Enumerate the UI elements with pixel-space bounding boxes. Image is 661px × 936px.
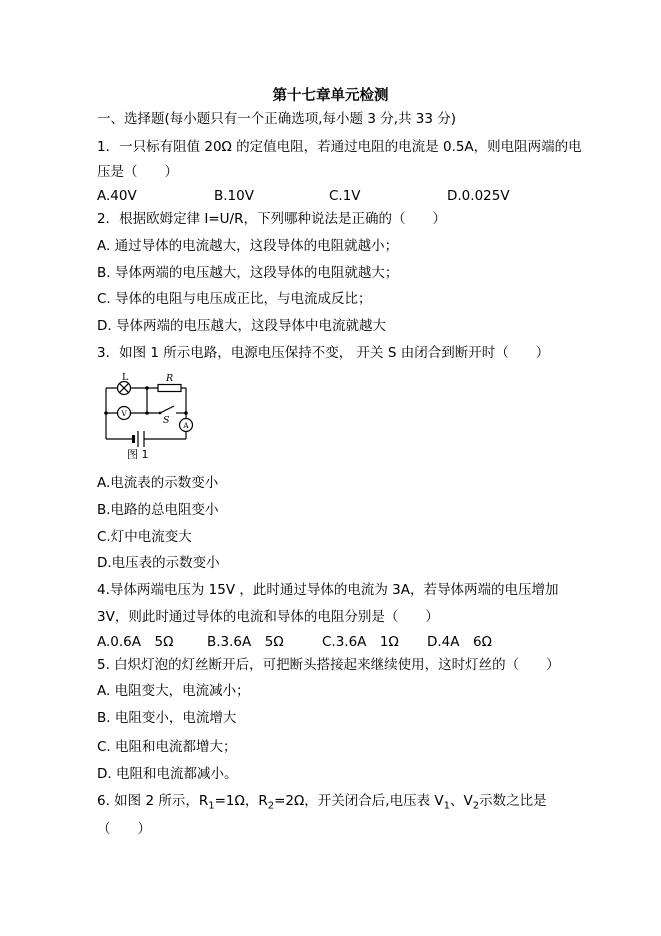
figure-caption: 图 1 bbox=[127, 448, 149, 461]
ammeter-label: A bbox=[182, 421, 189, 430]
q3-option-c: C.灯中电流变大 bbox=[97, 529, 192, 546]
q2-stem: 2．根据欧姆定律 I=U/R，下列哪种说法是正确的（ ） bbox=[97, 211, 446, 228]
q4-option-b: B.3.6A 5Ω bbox=[207, 634, 322, 651]
q3-stem: 3．如图 1 所示电路，电源电压保持不变， 开关 S 由闭合到断开时（ ） bbox=[97, 345, 549, 362]
q4-stem-line2: 3V，则此时通过导体的电流和导体的电阻分别是（ ） bbox=[97, 609, 439, 626]
q6-stem-line2: （ ） bbox=[97, 821, 151, 838]
q5-option-c: C. 电阻和电流都增大； bbox=[97, 739, 237, 756]
q1-stem-line2: 压是（ ） bbox=[97, 164, 178, 181]
q5-option-a: A. 电阻变大，电流减小； bbox=[97, 683, 250, 700]
resistor-icon bbox=[158, 385, 181, 392]
resistor-label: R bbox=[165, 373, 173, 384]
q5-option-d: D. 电阻和电流都减小。 bbox=[97, 766, 237, 783]
switch-icon bbox=[160, 406, 174, 413]
q1-stem-line1: 1．一只标有阻值 20Ω 的定值电阻，若通过电阻的电流是 0.5A，则电阻两端的… bbox=[97, 139, 582, 156]
q4-option-a: A.0.6A 5Ω bbox=[97, 634, 207, 651]
q4-option-c: C.3.6A 1Ω bbox=[322, 634, 427, 651]
switch-label: S bbox=[163, 415, 170, 426]
q1-options-row: A.40V B.10V C.1V D.0.025V bbox=[97, 188, 510, 205]
q1-option-a: A.40V bbox=[97, 188, 214, 205]
page-title: 第十七章单元检测 bbox=[0, 84, 661, 105]
q1-option-c: C.1V bbox=[329, 188, 447, 205]
test-paper-page: 第十七章单元检测 一、选择题(每小题只有一个正确选项,每小题 3 分,共 33 … bbox=[0, 0, 661, 936]
q3-option-d: D.电压表的示数变小 bbox=[97, 555, 220, 572]
q6-stem-line1: 6. 如图 2 所示，R1=1Ω，R2=2Ω，开关闭合后,电压表 V1、V2示数… bbox=[97, 793, 547, 810]
q2-option-b: B. 导体两端的电压越大，这段导体的电阻就越大； bbox=[97, 265, 398, 282]
q3-option-b: B.电路的总电阻变小 bbox=[97, 502, 219, 519]
lamp-label: L bbox=[122, 372, 129, 383]
q1-option-b: B.10V bbox=[214, 188, 329, 205]
section-header: 一、选择题(每小题只有一个正确选项,每小题 3 分,共 33 分) bbox=[97, 111, 456, 128]
q5-option-b: B. 电阻变小，电流增大 bbox=[97, 710, 236, 727]
q1-option-d: D.0.025V bbox=[447, 188, 510, 205]
q5-stem: 5. 白炽灯泡的灯丝断开后，可把断头搭接起来继续使用，这时灯丝的（ ） bbox=[97, 657, 560, 674]
q2-option-a: A. 通过导体的电流越大，这段导体的电阻就越小； bbox=[97, 238, 398, 255]
voltmeter-label: V bbox=[120, 409, 127, 418]
q4-option-d: D.4A 6Ω bbox=[427, 634, 492, 651]
q3-option-a: A.电流表的示数变小 bbox=[97, 475, 218, 492]
q4-options-row: A.0.6A 5Ω B.3.6A 5Ω C.3.6A 1Ω D.4A 6Ω bbox=[97, 634, 492, 651]
q2-option-c: C. 导体的电阻与电压成正比，与电流成反比； bbox=[97, 291, 372, 308]
q4-stem-line1: 4.导体两端电压为 15V ，此时通过导体的电流为 3A，若导体两端的电压增加 bbox=[97, 582, 559, 599]
q2-option-d: D. 导体两端的电压越大，这段导体中电流就越大 bbox=[97, 318, 386, 335]
circuit-figure-1: L R V S A 图 1 bbox=[100, 372, 210, 464]
